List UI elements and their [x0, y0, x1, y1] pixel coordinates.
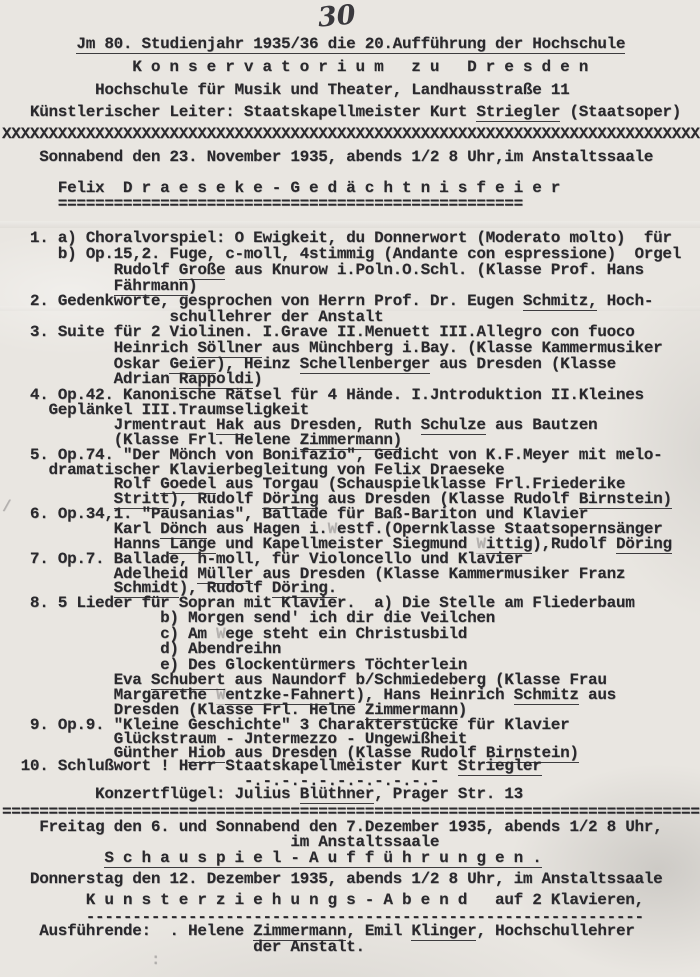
doc-line: b) Morgen send' ich dir die Veilchen	[2, 611, 495, 626]
doc-line: Konzertflügel: Julius Blüthner, Prager S…	[2, 787, 523, 802]
doc-line: 1. a) Choralvorspiel: O Ewigkeit, du Don…	[2, 231, 672, 246]
typewritten-text-layer: Jm 80. Studienjahr 1935/36 die 20.Auffüh…	[0, 0, 700, 977]
text-segment: Hochschule für Musik und Theater, Landha…	[2, 81, 569, 99]
text-segment: Konzertflügel: Julius	[2, 785, 300, 803]
text-segment: Sonnabend den 23. November 1935, abends …	[2, 148, 653, 166]
doc-line: 3. Suite für 2 Violinen. I.Grave II.Menu…	[2, 325, 635, 340]
doc-line: Ausführende: . Helene Zimmermann, Emil K…	[2, 924, 635, 939]
underlined-text: Schellenberger	[300, 355, 430, 374]
text-segment: K o n s e r v a t o r i u m z u D r e s …	[2, 58, 588, 76]
doc-line: Hochschule für Musik und Theater, Landha…	[2, 83, 569, 98]
text-segment: XXXXXXXXXXXXXXXXXXXXXXXXXXXXXXXXXXXXXXXX…	[2, 125, 700, 143]
text-segment: :	[2, 951, 160, 969]
doc-line: :	[2, 953, 160, 968]
doc-line: K o n s e r v a t o r i u m z u D r e s …	[2, 60, 588, 75]
doc-line: b) Op.15,2. Fuge, c-moll, 4stimmig (Anda…	[2, 247, 681, 262]
underlined-text: Striegler	[458, 757, 542, 776]
text-segment: K u n s t e r z i e h u n g s - A b e n …	[2, 891, 644, 909]
text-segment: Hoch-	[597, 292, 653, 310]
doc-line: Künstlerischer Leiter: Staatskapellmeist…	[2, 105, 681, 120]
doc-line: Adrian Rappoldi)	[2, 372, 262, 387]
doc-line: Felix D r a e s e k e - G e d ä c h t n …	[2, 181, 560, 196]
text-segment: (Staatsoper)	[560, 103, 681, 121]
doc-line: Heinrich Söllner aus Münchberg i.Bay. (K…	[2, 341, 662, 356]
underlined-text: Striegler	[476, 103, 560, 122]
text-segment: aus	[579, 686, 616, 704]
doc-line: im Anstaltssaale	[2, 835, 439, 850]
doc-line: d) Abendreihn	[2, 642, 281, 657]
text-segment: aus Dresden (Klasse	[430, 355, 616, 373]
doc-line: Donnerstag den 12. Dezember 1935, abends…	[2, 872, 662, 887]
text-segment: ),Rudolf	[532, 535, 616, 553]
underlined-text: Döring	[616, 535, 672, 554]
underlined-text: Schmitz	[514, 686, 579, 705]
text-segment: aus Bautzen	[486, 416, 598, 434]
text-segment: aus Knurow i.Poln.O.Schl. (Klasse Prof. …	[225, 261, 644, 279]
text-segment: , Hochschullehrer	[476, 922, 634, 940]
document-page: 30 Jm 80. Studienjahr 1935/36 die 20.Auf…	[0, 0, 700, 977]
doc-line: S c h a u s p i e l - A u f f ü h r u n …	[2, 851, 542, 866]
doc-line: Rudolf Große aus Knurow i.Poln.O.Schl. (…	[2, 263, 644, 278]
doc-line: 2. Gedenkworte, gesprochen von Herrn Pro…	[2, 294, 653, 309]
doc-line: ========================================…	[2, 197, 523, 212]
underlined-text: Birnstein)	[579, 490, 672, 509]
doc-line: Sonnabend den 23. November 1935, abends …	[2, 150, 653, 165]
underlined-text: Blüthner	[300, 785, 374, 804]
text-segment: ========================================…	[2, 195, 523, 213]
doc-line: Jm 80. Studienjahr 1935/36 die 20.Auffüh…	[2, 37, 625, 52]
underlined-text: S c h a u s p i e l - A u f f ü h r u n …	[104, 849, 541, 868]
text-segment	[2, 35, 76, 53]
doc-line: K u n s t e r z i e h u n g s - A b e n …	[2, 893, 644, 908]
doc-line: XXXXXXXXXXXXXXXXXXXXXXXXXXXXXXXXXXXXXXXX…	[2, 127, 700, 142]
text-segment: , Prager Str. 13	[374, 785, 523, 803]
underlined-text: Schulze	[421, 416, 486, 435]
underlined-text: Schmitz,	[523, 292, 597, 311]
underlined-text: Klinger	[411, 922, 476, 941]
text-segment: Künstlerischer Leiter: Staatskapellmeist…	[2, 103, 476, 121]
underlined-text: Jm 80. Studienjahr 1935/36 die 20.Auffüh…	[76, 35, 625, 54]
text-segment: Donnerstag den 12. Dezember 1935, abends…	[2, 870, 662, 888]
text-segment	[2, 849, 104, 867]
